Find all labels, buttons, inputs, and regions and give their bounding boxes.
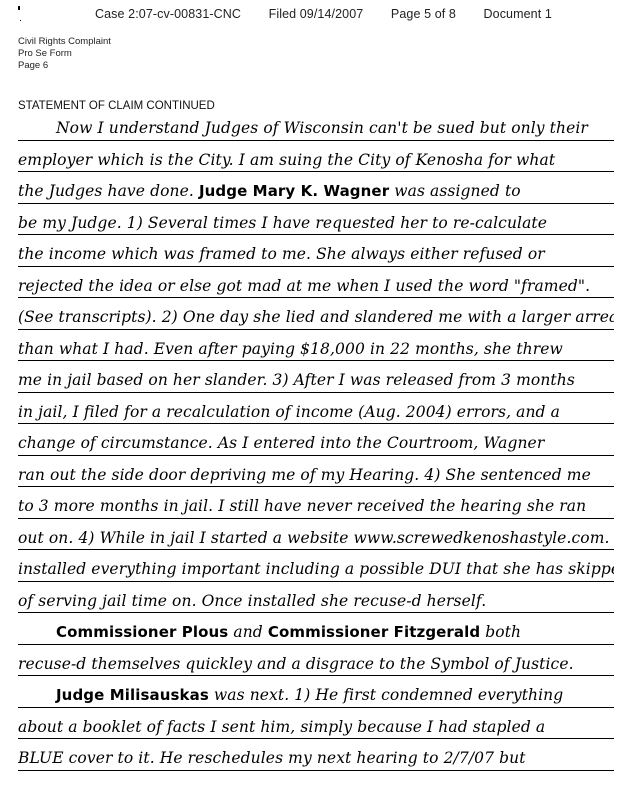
statement-text: me in jail based on her slander. 3) Afte… <box>18 371 575 389</box>
statement-line: Now I understand Judges of Wisconsin can… <box>18 109 614 141</box>
statement-text: employer which is the City. I am suing t… <box>18 151 555 169</box>
form-info: Civil Rights Complaint Pro Se Form Page … <box>18 36 111 72</box>
statement-line: installed everything important including… <box>18 550 614 582</box>
scan-mark <box>20 20 21 21</box>
scan-mark <box>18 6 20 10</box>
filing-header: Case 2:07-cv-00831-CNC Filed 09/14/2007 … <box>95 7 640 21</box>
statement-line: than what I had. Even after paying $18,0… <box>18 330 614 362</box>
statement-text: than what I had. Even after paying $18,0… <box>18 340 563 358</box>
filed-date: Filed 09/14/2007 <box>269 7 364 21</box>
statement-line: employer which is the City. I am suing t… <box>18 141 614 173</box>
statement-text: rejected the idea or else got mad at me … <box>18 277 590 295</box>
statement-text: was next. 1) He first condemned everythi… <box>209 686 563 704</box>
named-party: Judge Milisauskas <box>56 686 209 704</box>
statement-text: in jail, I filed for a recalculation of … <box>18 403 560 421</box>
statement-line: me in jail based on her slander. 3) Afte… <box>18 361 614 393</box>
statement-text: BLUE cover to it. He reschedules my next… <box>18 749 526 767</box>
statement-text: and <box>228 623 268 641</box>
statement-line: out on. 4) While in jail I started a web… <box>18 519 614 551</box>
statement-line: BLUE cover to it. He reschedules my next… <box>18 739 614 771</box>
case-number: Case 2:07-cv-00831-CNC <box>95 7 241 21</box>
statement-line: rejected the idea or else got mad at me … <box>18 267 614 299</box>
statement-line: the income which was framed to me. She a… <box>18 235 614 267</box>
named-party: Commissioner Plous <box>56 623 228 641</box>
statement-line: be my Judge. 1) Several times I have req… <box>18 204 614 236</box>
statement-text: was assigned to <box>389 182 521 200</box>
statement-line: change of circumstance. As I entered int… <box>18 424 614 456</box>
statement-text: Now I understand Judges of Wisconsin can… <box>56 119 588 137</box>
statement-line: Judge Milisauskas was next. 1) He first … <box>18 676 614 708</box>
statement-text: of serving jail time on. Once installed … <box>18 592 486 610</box>
statement-text: both <box>480 623 521 641</box>
statement-line: about a booklet of facts I sent him, sim… <box>18 708 614 740</box>
named-party: Judge Mary K. Wagner <box>199 182 389 200</box>
statement-line: recuse-d themselves quickley and a disgr… <box>18 645 614 677</box>
statement-line: (See transcripts). 2) One day she lied a… <box>18 298 614 330</box>
statement-text: the Judges have done. <box>18 182 199 200</box>
statement-text: be my Judge. 1) Several times I have req… <box>18 214 547 232</box>
statement-text: installed everything important including… <box>18 560 614 578</box>
statement-line: to 3 more months in jail. I still have n… <box>18 487 614 519</box>
form-title: Civil Rights Complaint <box>18 36 111 48</box>
statement-text: out on. 4) While in jail I started a web… <box>18 529 614 547</box>
handwritten-statement: Now I understand Judges of Wisconsin can… <box>18 109 614 771</box>
named-party: Commissioner Fitzgerald <box>268 623 480 641</box>
form-page: Page 6 <box>18 60 111 72</box>
statement-line: in jail, I filed for a recalculation of … <box>18 393 614 425</box>
statement-line: ran out the side door depriving me of my… <box>18 456 614 488</box>
statement-text: recuse-d themselves quickley and a disgr… <box>18 655 574 673</box>
statement-text: ran out the side door depriving me of my… <box>18 466 591 484</box>
statement-text: the income which was framed to me. She a… <box>18 245 545 263</box>
statement-text: to 3 more months in jail. I still have n… <box>18 497 586 515</box>
page-count: Page 5 of 8 <box>391 7 456 21</box>
document-number: Document 1 <box>484 7 552 21</box>
statement-line: of serving jail time on. Once installed … <box>18 582 614 614</box>
form-type: Pro Se Form <box>18 48 111 60</box>
statement-text: (See transcripts). 2) One day she lied a… <box>18 308 614 326</box>
statement-line: Commissioner Plous and Commissioner Fitz… <box>18 613 614 645</box>
statement-text: change of circumstance. As I entered int… <box>18 434 544 452</box>
statement-line: the Judges have done. Judge Mary K. Wagn… <box>18 172 614 204</box>
statement-text: about a booklet of facts I sent him, sim… <box>18 718 545 736</box>
